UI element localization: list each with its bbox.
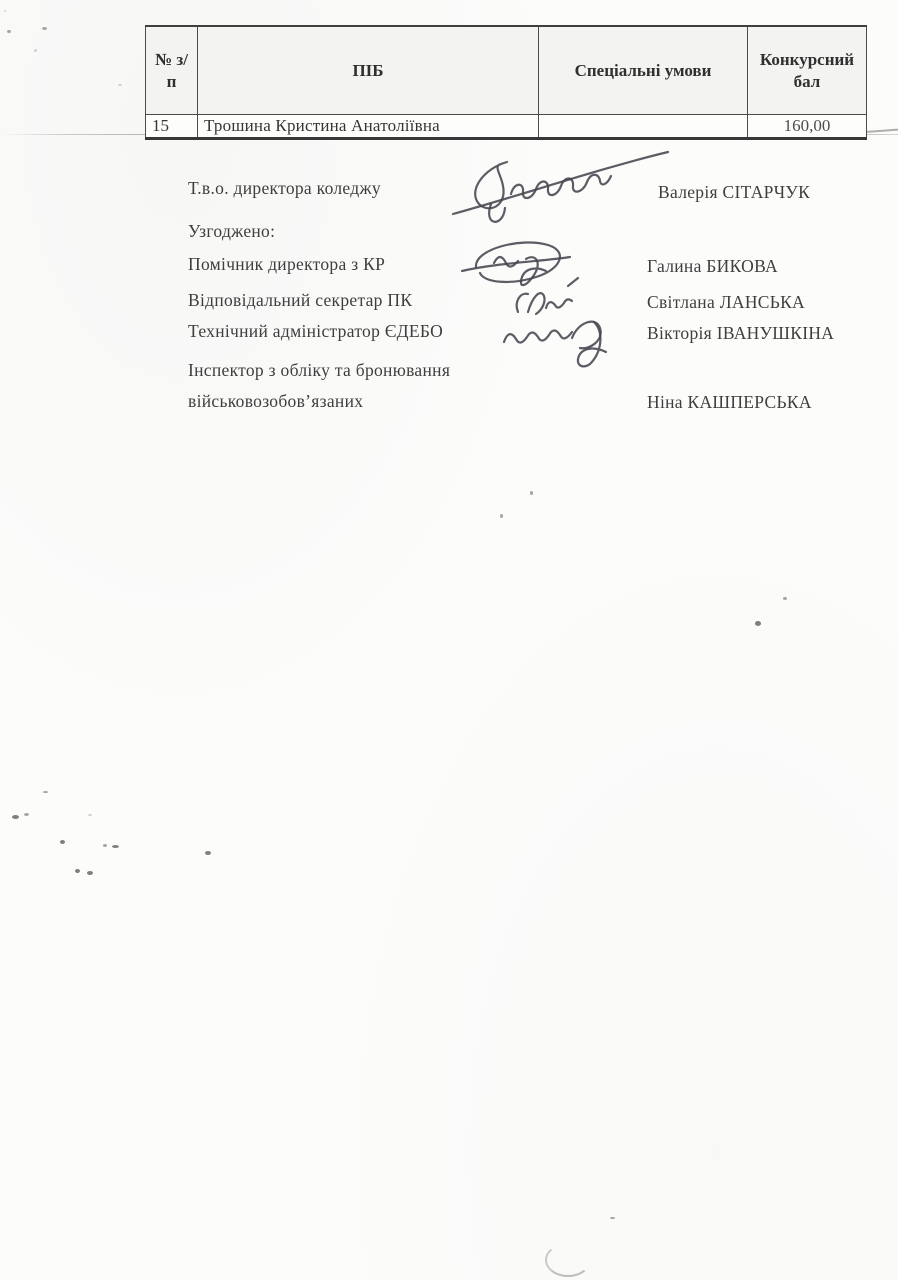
signatory-title-director: Т.в.о. директора коледжу xyxy=(188,179,381,198)
scan-speck xyxy=(7,30,11,33)
signatory-title-inspector-line1: Інспектор з обліку та бронювання xyxy=(188,361,450,380)
scan-speck xyxy=(783,597,787,600)
signatory-name-assistant: Галина БИКОВА xyxy=(647,257,778,276)
col-header-name: ПІБ xyxy=(198,26,539,115)
cell-score: 160,00 xyxy=(748,115,867,139)
scan-curve-artifact xyxy=(545,1243,591,1277)
signatory-title-secretary: Відповідальний секретар ПК xyxy=(188,291,412,310)
signature-director-icon xyxy=(445,142,675,224)
signature-admin-icon xyxy=(498,306,626,368)
signatory-name-admin: Вікторія ІВАНУШКІНА xyxy=(647,324,834,343)
scan-speck xyxy=(24,813,29,816)
col-header-special-conditions: Спеціальні умови xyxy=(539,26,748,115)
applicants-table: № з/п ПІБ Спеціальні умови Конкурсний ба… xyxy=(145,25,867,140)
scan-speck xyxy=(42,27,47,30)
scan-speck xyxy=(610,1217,615,1219)
table-row: 15 Трошина Кристина Анатоліївна 160,00 xyxy=(146,115,867,139)
scan-speck xyxy=(205,851,211,855)
scan-speck xyxy=(88,814,92,816)
signatory-name-secretary: Світлана ЛАНСЬКА xyxy=(647,293,805,312)
cell-row-number: 15 xyxy=(146,115,198,139)
scan-speck xyxy=(34,49,37,52)
scan-speck xyxy=(43,791,48,793)
signatory-title-admin: Технічний адміністратор ЄДЕБО xyxy=(188,322,443,341)
scan-speck xyxy=(87,871,93,875)
scan-speck xyxy=(118,84,122,86)
scan-speck xyxy=(4,10,6,12)
signatory-title-assistant: Помічник директора з КР xyxy=(188,255,385,274)
scan-speck xyxy=(112,845,119,848)
signatory-name-inspector: Ніна КАШПЕРСЬКА xyxy=(647,393,812,412)
cell-applicant-name: Трошина Кристина Анатоліївна xyxy=(198,115,539,139)
scan-speck xyxy=(103,844,107,847)
agreed-label: Узгоджено: xyxy=(188,222,275,241)
col-header-num: № з/п xyxy=(146,26,198,115)
scan-speck xyxy=(75,869,80,873)
cell-special-conditions xyxy=(539,115,748,139)
table-header: № з/п ПІБ Спеціальні умови Конкурсний ба… xyxy=(146,26,867,115)
scan-speck xyxy=(12,815,19,819)
scan-speck xyxy=(500,514,503,518)
signatory-name-director: Валерія СІТАРЧУК xyxy=(658,183,810,202)
scan-speck xyxy=(60,840,65,844)
signatory-title-inspector-line2: військовозобов’язаних xyxy=(188,392,363,411)
scanned-document-page: № з/п ПІБ Спеціальні умови Конкурсний ба… xyxy=(0,0,898,1280)
scan-speck xyxy=(755,621,761,626)
scan-speck xyxy=(530,491,533,495)
col-header-score: Конкурсний бал xyxy=(748,26,867,115)
